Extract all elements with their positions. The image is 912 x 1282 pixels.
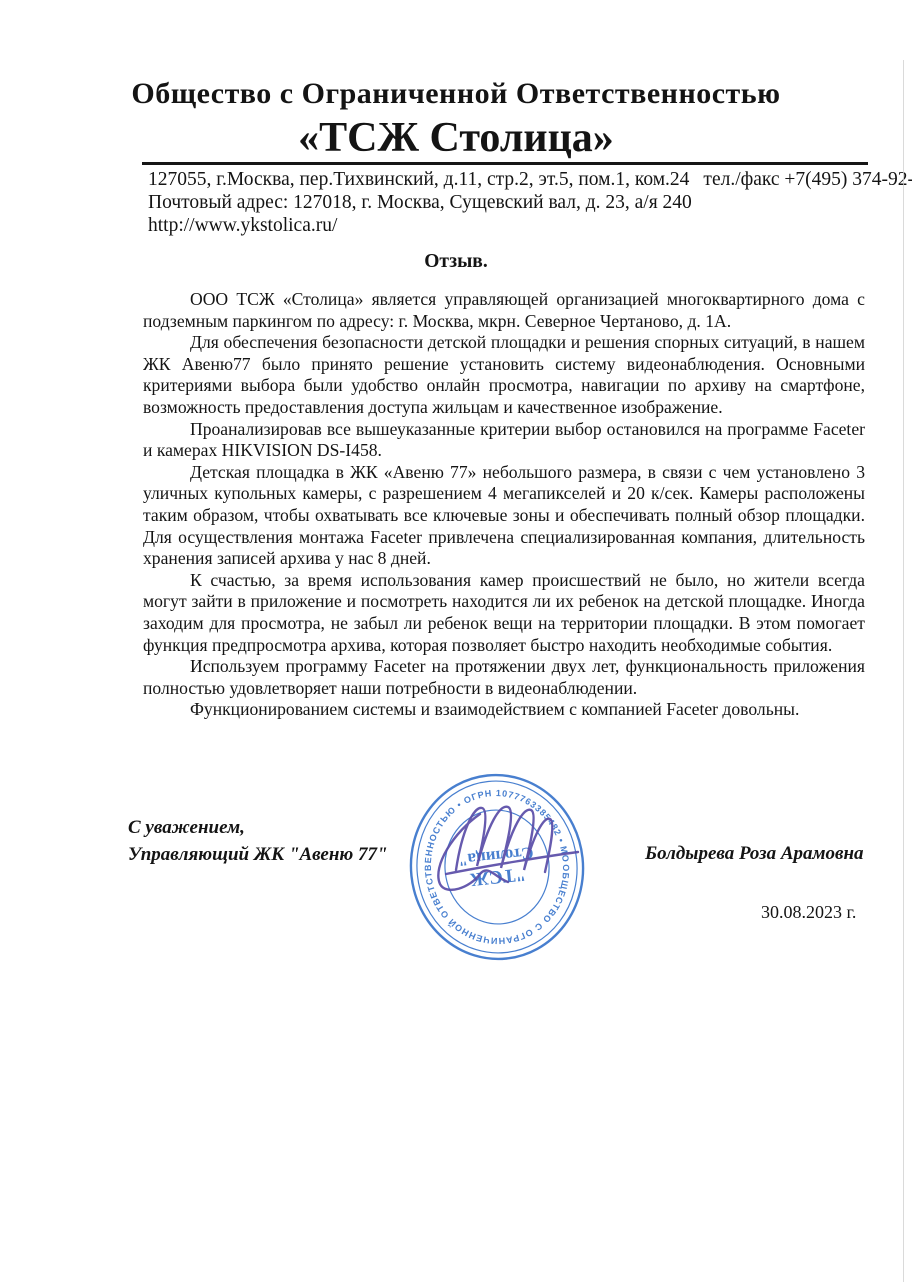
website-url: http://www.ykstolica.ru/ xyxy=(148,214,337,237)
body-paragraph: Проанализировав все вышеуказанные критер… xyxy=(143,419,865,462)
closing-salutation: С уважением, xyxy=(128,814,388,841)
stamp-svg: ОБЩЕСТВО С ОГРАНИЧЕННОЙ ОТВЕТСТВЕННОСТЬЮ… xyxy=(398,768,638,974)
address-line: 127055, г.Москва, пер.Тихвинский, д.11, … xyxy=(148,168,912,191)
company-stamp: ОБЩЕСТВО С ОГРАНИЧЕННОЙ ОТВЕТСТВЕННОСТЬЮ… xyxy=(398,768,638,974)
letter-body: ООО ТСЖ «Столица» является управляющей о… xyxy=(143,289,865,721)
signer-role: Управляющий ЖК "Авеню 77" xyxy=(128,841,388,868)
scan-edge-line xyxy=(903,60,904,1282)
body-paragraph: К счастью, за время использования камер … xyxy=(143,570,865,656)
stamp-rotated-group: ОБЩЕСТВО С ОГРАНИЧЕННОЙ ОТВЕТСТВЕННОСТЬЮ… xyxy=(402,768,592,967)
scanned-letter-page: Общество с Ограниченной Ответственностью… xyxy=(0,0,912,1282)
body-paragraph: Детская площадка в ЖК «Авеню 77» небольш… xyxy=(143,462,865,570)
body-paragraph: Функционированием системы и взаимодейств… xyxy=(143,699,865,721)
org-type-line: Общество с Ограниченной Ответственностью xyxy=(0,76,912,112)
body-paragraph: Используем программу Faceter на протяжен… xyxy=(143,656,865,699)
document-date: 30.08.2023 г. xyxy=(761,902,856,923)
closing-block: С уважением, Управляющий ЖК "Авеню 77" xyxy=(128,814,388,868)
letterhead-divider-rule xyxy=(142,162,868,165)
document-title: Отзыв. xyxy=(0,251,912,273)
postal-address-line: Почтовый адрес: 127018, г. Москва, Сущев… xyxy=(148,191,692,214)
body-paragraph: ООО ТСЖ «Столица» является управляющей о… xyxy=(143,289,865,332)
body-paragraph: Для обеспечения безопасности детской пло… xyxy=(143,332,865,418)
phone-fax-number: тел./факс +7(495) 374-92-20 xyxy=(703,169,912,190)
org-name-line: «ТСЖ Столица» xyxy=(0,113,912,163)
street-address: 127055, г.Москва, пер.Тихвинский, д.11, … xyxy=(148,169,689,190)
signer-name: Болдырева Роза Арамовна xyxy=(645,843,864,865)
